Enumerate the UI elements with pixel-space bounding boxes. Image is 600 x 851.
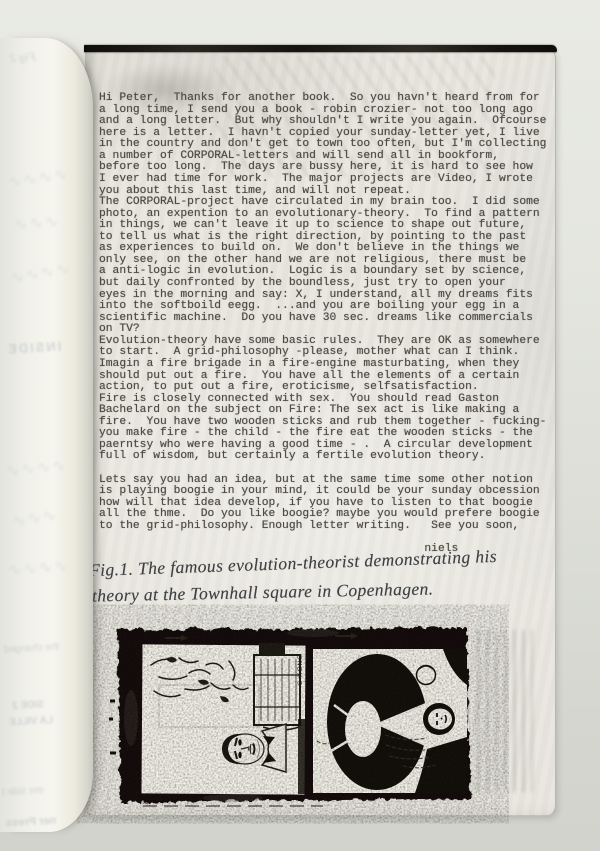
ghost-text: SIDE 2 xyxy=(12,699,44,712)
ghost-scribble: ∿∿∿∿ xyxy=(9,258,73,288)
ghost-text: INSIDE xyxy=(6,339,62,357)
ghost-text: LA VILLE xyxy=(9,715,54,728)
book-photo-scene: Hi Peter, Thanks for another book. So yo… xyxy=(0,0,600,851)
figure-caption-line-2: theory at the Townhall square in Copenha… xyxy=(92,578,434,606)
photocopied-figure: S KONG xyxy=(106,623,470,811)
typed-letter-text: Hi Peter, Thanks for another book. So yo… xyxy=(99,93,551,556)
previous-page-edge: Fig 2 INSIDE the changed SIDE 2 LA VILLE… xyxy=(0,38,93,832)
ghost-scribble: ∿∿∿ xyxy=(13,211,61,235)
ghost-text: ere side t xyxy=(2,785,44,798)
ghost-text: the changed xyxy=(4,642,60,656)
toner-noise xyxy=(113,623,473,805)
ghost-text: ner Press xyxy=(6,815,57,830)
ghost-scribble: ∿∿∿∿ xyxy=(7,164,71,192)
toner-streaks xyxy=(477,630,533,792)
ghost-scribble: ∿∿∿ xyxy=(11,505,60,532)
ghost-text: Fig 2 xyxy=(10,49,36,65)
ghost-scribble: ∿∿∿∿ xyxy=(7,556,70,580)
book-top-edge xyxy=(84,45,557,52)
ghost-scribble: ∿∿∿∿ xyxy=(5,455,68,481)
letter-page: Hi Peter, Thanks for another book. So yo… xyxy=(85,45,556,816)
